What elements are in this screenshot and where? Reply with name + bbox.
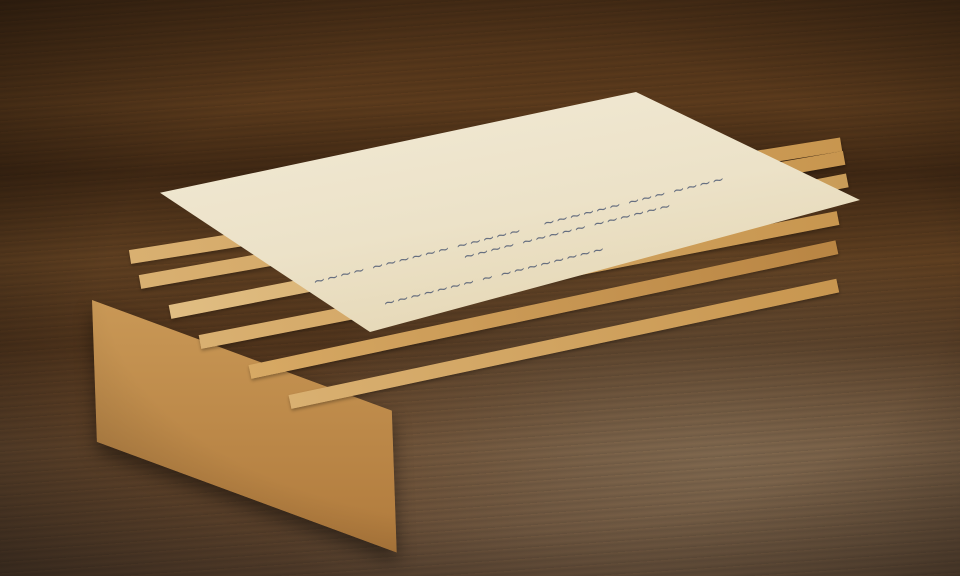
photo-scene: ~~~~ ~~~~~~ ~~~~~ ~~~~~~~ ~ ~~~~~~~~ ~~~…: [0, 0, 960, 576]
vignette-overlay: [0, 0, 960, 576]
